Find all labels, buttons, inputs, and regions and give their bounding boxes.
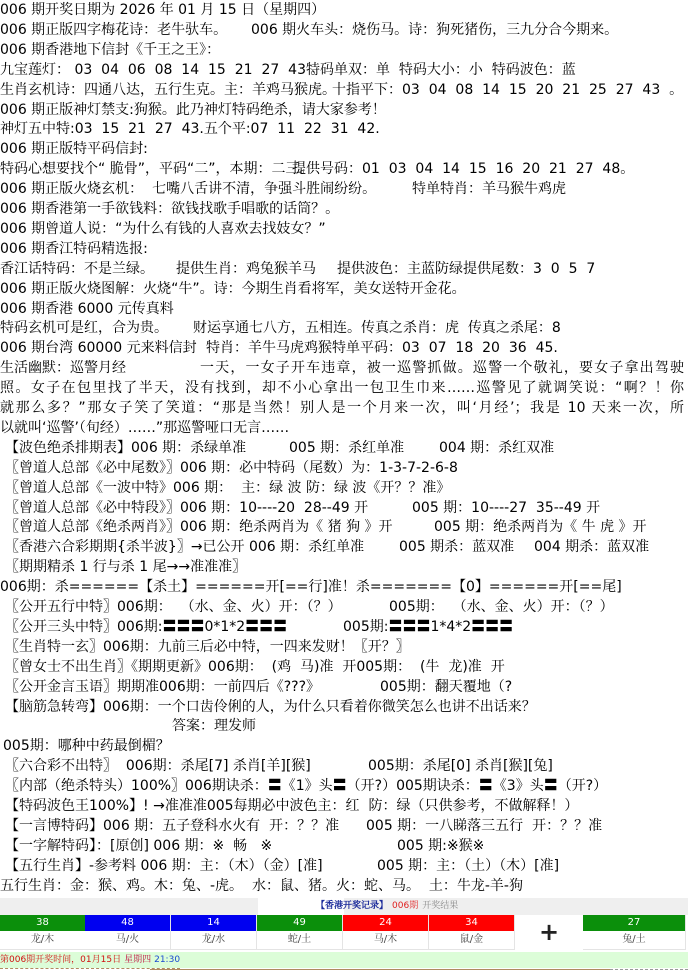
plum-poem-line: 006 期正版四字梅花诗：老牛驮车。 006 期火车头：烧伤马。诗：狗死猪伤，三… — [0, 20, 688, 40]
ball-number: 14 — [171, 915, 256, 931]
train-head: 006 期火车头：烧伤马。诗：狗死猪伤，三九分合今期来。 — [251, 20, 618, 40]
wave-king-line: 【特码波色王100%】! →准准准005每期必中波色主：红 防：绿（只供参考，不… — [5, 796, 688, 816]
next-draw-info: 第006期开奖时间，01月15日星期四21:30 — [0, 952, 180, 969]
ball-number: 34 — [429, 915, 514, 931]
taiwan-envelope-line: 006 期台湾 60000 元来料信封 特肖：羊牛马虎鸡猴特单平码：03 07 … — [0, 338, 688, 358]
taiwan-envelope: 006 期台湾 60000 元来料信封 — [0, 338, 197, 358]
fax-line: 特码玄机可是红，合为贵。 财运享通七八方，五相连。传真之杀肖：虎 传真之杀尾：8 — [0, 318, 688, 338]
ball-label: 马/火 — [85, 931, 170, 949]
fax-mystery: 特码玄机可是红，合为贵。 — [0, 318, 168, 338]
draw-time-band: 第006期开奖时间，01月15日星期四21:30 — [0, 952, 688, 968]
special-ball-number: 27 — [583, 915, 685, 931]
five-element-zodiac-line: 【五行生肖】-参考料 006 期：主：（木）（金）[准] 005 期：主：（土）… — [0, 856, 688, 876]
three-heads-006: 〖公开三头中特〗006期:〓〓〓0*1*2〓〓〓 — [5, 617, 287, 637]
three-heads-line: 〖公开三头中特〗006期:〓〓〓0*1*2〓〓〓 005期:〓〓〓1*4*2〓〓… — [0, 617, 688, 637]
segment-005: 005 期：10----27 35--49 开 — [412, 498, 600, 518]
half-wave-004: 004 期杀：蓝双准 — [534, 537, 649, 557]
lamp-five-line: 神灯五中特:03 15 21 27 43.五个平:07 11 22 31 42. — [0, 119, 688, 139]
one-char-line: 【一字解特码】：[原创] 006 期：※ 畅 ※ 005 期:※猴※ — [0, 836, 688, 856]
fax-kills: 财运享通七八方，五相连。传真之杀肖：虎 传真之杀尾：8 — [193, 318, 561, 338]
ball-number: 38 — [0, 915, 85, 931]
lotus-lamp-line: 九宝莲灯： 03 04 06 08 14 15 21 27 43 。 特码单双：… — [0, 60, 688, 80]
zodiac-poem-line: 生肖玄机诗：四通八达，五行生克。主：羊鸡马猴虎。 十指平下：03 04 08 1… — [0, 80, 688, 100]
no-special-005: 005期：杀尾[0] 杀肖[猴][兔] — [368, 756, 553, 776]
draw-results-bar: 【香港开奖记录】006期开奖结果 38 龙/木 48 马/火 14 龙/水 49… — [0, 898, 688, 976]
one-char-005: 005 期:※猴※ — [397, 836, 484, 856]
golden-words-005: 005期：翻天覆地（? — [380, 677, 512, 697]
ball-label: 鼠/金 — [429, 931, 514, 949]
brain-teaser-answer: 答案：理发师 — [172, 716, 688, 736]
ball-label: 马/木 — [343, 931, 428, 949]
ball-label: 龙/木 — [0, 931, 85, 949]
five-elements-006: 〖公开五行中特〗006期： （水、金、火）开：（？） — [5, 597, 342, 617]
half-wave-006: 〖香港六合彩期期{杀半波}〗→已公开 006 期：杀红单准 — [5, 537, 364, 557]
ball-number: 48 — [85, 915, 170, 931]
ball-5: 24 马/木 — [343, 915, 429, 950]
half-wave-line: 〖香港六合彩期期{杀半波}〗→已公开 006 期：杀红单准 005 期杀：蓝双准… — [0, 537, 688, 557]
brain-teaser-line: 【脑筋急转弯】006期：一个口齿伶俐的人，为什么只看着你微笑怎么也讲不出话来？ — [5, 697, 688, 717]
fire-mystery: 006 期正版火烧玄机： 七嘴八舌讲不清，争强斗胜闹纷纷。 — [0, 179, 376, 199]
segment-006: 〖曾道人总部《必中特段》〗006 期：10----20 28--49 开 — [5, 498, 368, 518]
results-history-link[interactable]: 【香港开奖记录】 — [316, 901, 388, 911]
flat-code-riddle: 特码心想要找个“ 脆骨”，平码“二”，本期：二三。 — [0, 159, 313, 179]
three-heads-005: 005期:〓〓〓1*4*2〓〓〓 — [343, 617, 513, 637]
plus-icon: + — [515, 915, 583, 950]
xiangjiang-line: 香江话特码：不是兰绿。 提供生肖：鸡兔猴羊马 提供波色：主蓝防绿提供尾数：3 0… — [0, 259, 688, 279]
humor-text: 一天，一女子开车违章，被一巡警抓做。巡警一个敬礼，要女子拿出驾驶 — [200, 358, 684, 378]
fax-title: 006 期香港 6000 元传真料 — [0, 299, 688, 319]
brain-teaser-005: 005期：哪种中药最倒楣？ — [3, 736, 688, 756]
flat-code-envelope-title: 006 期正版特平码信封: — [0, 139, 688, 159]
five-element-mapping: 五行生肖：金：猴、鸡。木：兔、-虎。 水：鼠、猪。火：蛇、马。 土：牛龙-羊-狗 — [0, 876, 688, 896]
color-kill-schedule: 【波色绝杀排期表】006 期：杀绿单准 005 期：杀红单准 004 期：杀红双… — [0, 438, 688, 458]
fire-diagram-line: 006 期正版火烧图解：火烧“牛”。诗：今期生肖看将军，美女送特开金花。 — [0, 279, 688, 299]
half-wave-005: 005 期杀：蓝双准 — [399, 537, 514, 557]
humor-line-2: 照。女子在包里找了半天，没有找到，却不小心拿出一包卫生巾来……巡警见了就调笑说：… — [0, 378, 684, 398]
provided-zodiacs: 提供生肖：鸡兔猴羊马 — [176, 259, 316, 279]
ball-1: 38 龙/木 — [0, 915, 86, 950]
zodiac-poem: 生肖玄机诗：四通八达，五行生克。主：羊鸡马猴虎。 — [0, 80, 336, 100]
one-word-bet-line: 【一言博特码】006 期：五子登科水火有 开：？？准 005 期：一八睇落三五行… — [0, 816, 688, 836]
ten-finger-numbers: 十指平下：03 04 08 14 15 20 21 25 27 43 。 — [332, 80, 683, 100]
five-elements-line: 〖公开五行中特〗006期： （水、金、火）开：（？） 005期： （水、金、火）… — [0, 597, 688, 617]
humor-line-3: 就那么多？”那女子笑了笑道：“那是当然！别人是一个月来一次，叫‘月经’；我是 1… — [0, 398, 684, 418]
lotus-lamp-numbers: 九宝莲灯： 03 04 06 08 14 15 21 27 43 。 — [0, 60, 324, 80]
color-kill-006: 【波色绝杀排期表】006 期：杀绿单准 — [5, 438, 246, 458]
xiangjiang-code: 香江话特码：不是兰绿。 — [0, 259, 154, 279]
taoist-says-line: 006 期曾道人说：“为什么有钱的人喜欢去找妓女？” — [0, 219, 688, 239]
tail-number-line: 〖曾道人总部《必中尾数》〗006 期：必中特码（尾数）为：1-3-7-2-6-8 — [5, 458, 688, 478]
results-header: 【香港开奖记录】006期开奖结果 — [0, 898, 688, 915]
special-ball: 27 兔/土 — [583, 915, 686, 950]
provided-colors: 提供波色：主蓝防绿提供尾数：3 0 5 7 — [337, 259, 595, 279]
ball-6: 34 鼠/金 — [429, 915, 515, 950]
golden-words-line: 〖公开金言玉语〗期期准006期：一前四后《???》 005期：翻天覆地（? — [0, 677, 688, 697]
special-zodiacs: 特单特肖：羊马猴牛鸡虎 — [412, 179, 566, 199]
segment-line: 〖曾道人总部《必中特段》〗006 期：10----20 28--49 开 005… — [0, 498, 688, 518]
ball-2: 48 马/火 — [85, 915, 171, 950]
ball-number: 24 — [343, 915, 428, 931]
results-subtitle: 开奖结果 — [422, 901, 458, 911]
ball-label: 蛇/土 — [257, 931, 342, 949]
fire-mystery-line: 006 期正版火烧玄机： 七嘴八舌讲不清，争强斗胜闹纷纷。 特单特肖：羊马猴牛鸡… — [0, 179, 688, 199]
color-kill-005: 005 期：杀红单准 — [289, 438, 404, 458]
humor-line-1: 生活幽默：巡警月经 一天，一女子开车违章，被一巡警抓做。巡警一个敬礼，要女子拿出… — [0, 358, 688, 378]
taiwan-numbers: 特肖：羊牛马虎鸡猴特单平码：03 07 18 20 36 45. — [206, 338, 558, 358]
special-attributes: 特码单双：单 特码大小：小 特码波色：蓝 — [306, 60, 576, 80]
humor-title: 生活幽默：巡警月经 — [0, 358, 126, 378]
draw-weekday: 星期四 — [124, 955, 151, 965]
special-ball-label: 兔/土 — [583, 931, 685, 949]
draw-time: 21:30 — [154, 955, 180, 965]
ball-3: 14 龙/水 — [171, 915, 257, 950]
one-char-006: 【一字解特码】：[原创] 006 期：※ 畅 ※ — [5, 836, 272, 856]
ball-4: 49 蛇/土 — [257, 915, 343, 950]
kill-two-005: 005 期：绝杀两肖为《 牛 虎 》开 — [434, 517, 647, 537]
golden-words-006: 〖公开金言玉语〗期期准006期：一前四后《???》 — [5, 677, 320, 697]
ms-zeng-line: 〖曾女士不出生肖〗《期期更新》006期： (鸡 马)准 开005期： (牛 龙)… — [5, 657, 688, 677]
xiangjiang-title: 006 期香江特码精选报: — [0, 239, 688, 259]
one-word-bet-005: 005 期：一八睇落三五行 开：？？准 — [366, 816, 602, 836]
kill-row-tail-line: 006期：杀======【杀土】======开[==行]准！杀=======【0… — [0, 577, 688, 597]
kill-two-006: 〖曾道人总部《绝杀两肖》〗006 期：绝杀两肖为《 猪 狗 》开 — [5, 517, 393, 537]
five-element-zodiac-005: 005 期：主：（土）（木）[准] — [377, 856, 559, 876]
draw-date-line: 006 期开奖日期为 2026 年 01 月 15 日（星期四） — [0, 0, 688, 20]
lamp-ban-line: 006 期正版神灯禁支:狗猴。此乃神灯特码绝杀，请大家参考！ — [0, 100, 688, 120]
ball-label: 龙/水 — [171, 931, 256, 949]
internal-kill-head-line: 〖内部（绝杀特头）100%〗006期诀杀：〓《1》头〓（开?）005期诀杀：〓《… — [5, 776, 688, 796]
color-kill-004: 004 期：杀红双准 — [439, 438, 554, 458]
first-hand-line: 006 期香港第一手欲钱料：欲钱找歌手唱歌的话筒？。 — [0, 199, 688, 219]
divider-dashed — [610, 969, 688, 970]
one-wave-line: 〖曾道人总部《一波中特》006 期： 主：绿 波 防：绿 波《开？？准》 — [5, 478, 688, 498]
flat-code-line: 特码心想要找个“ 脆骨”，平码“二”，本期：二三。 提供号码：01 03 04 … — [0, 159, 688, 179]
one-word-bet-006: 【一言博特码】006 期：五子登科水火有 开：？？准 — [5, 816, 339, 836]
no-special-006: 〖六合彩不出特〗 006期：杀尾[7] 杀肖[羊][猴] — [5, 756, 311, 776]
no-special-line: 〖六合彩不出特〗 006期：杀尾[7] 杀肖[羊][猴] 005期：杀尾[0] … — [0, 756, 688, 776]
ball-number: 49 — [257, 915, 342, 931]
divider-line — [150, 969, 610, 970]
five-elements-005: 005期： （水、金、火）开：（？） — [389, 597, 614, 617]
kill-row-tail-title: 〖期期精杀 1 行与杀 1 尾→→准准准〗 — [5, 557, 688, 577]
envelope-title: 006 期香港地下信封《千王之王》： — [0, 40, 688, 60]
article-content: 006 期开奖日期为 2026 年 01 月 15 日（星期四） 006 期正版… — [0, 0, 688, 898]
zodiac-mystery-line: 〖生肖特一玄〗006期：九前三后必中特，一四来发财！〖开？〗 — [5, 637, 688, 657]
draw-info-text: 第006期开奖时间，01月15日 — [0, 955, 121, 965]
humor-line-4: 以就叫‘巡警’（旬经）……”那巡警哑口无言…… — [0, 418, 688, 438]
kill-two-zodiac-line: 〖曾道人总部《绝杀两肖》〗006 期：绝杀两肖为《 猪 狗 》开 005 期：绝… — [0, 517, 688, 537]
five-element-zodiac-006: 【五行生肖】-参考料 006 期：主：（木）（金）[准] — [5, 856, 323, 876]
provided-numbers: 提供号码：01 03 04 14 15 16 20 21 27 48。 — [292, 159, 634, 179]
plum-poem: 006 期正版四字梅花诗：老牛驮车。 — [0, 20, 227, 40]
results-period: 006期 — [392, 901, 418, 911]
